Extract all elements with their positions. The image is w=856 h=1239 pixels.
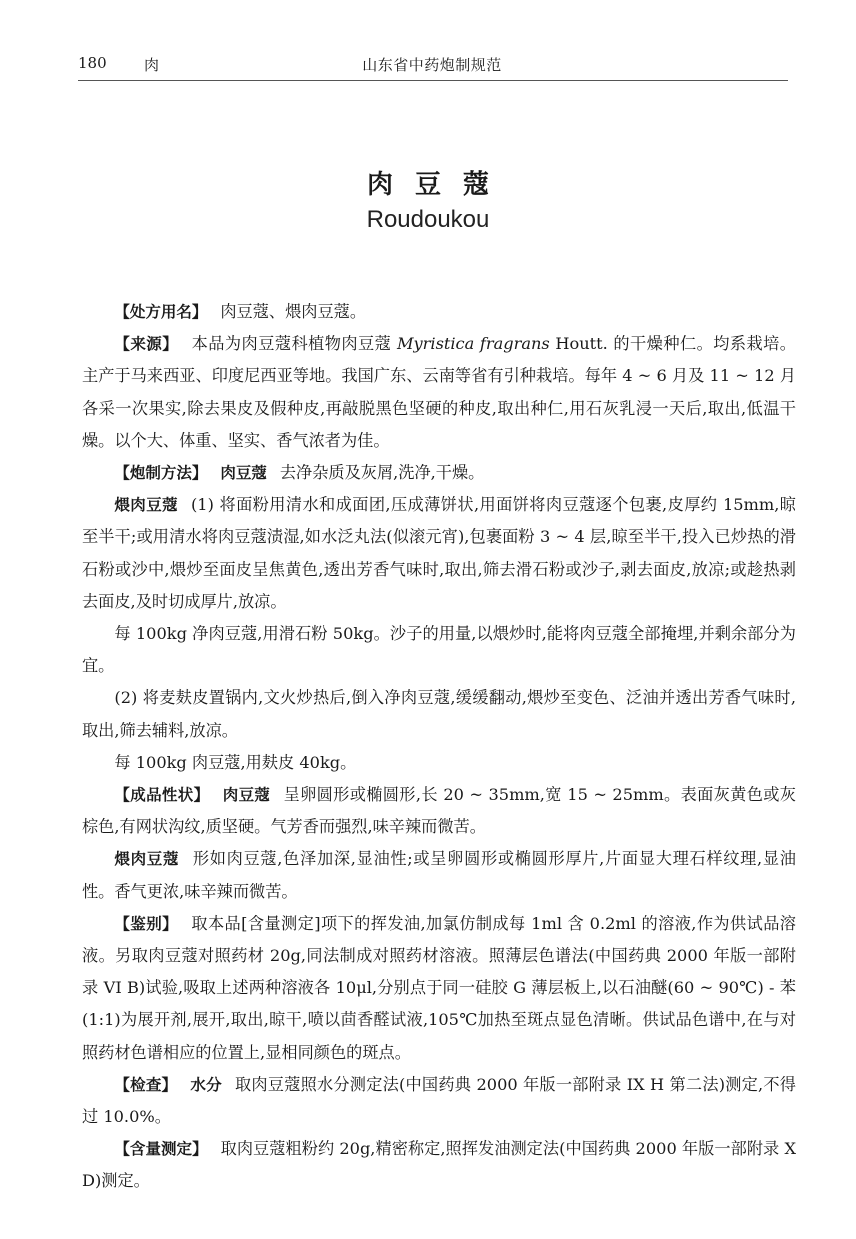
assay-paragraph: 【含量测定】取肉豆蔻粗粉约 20g,精密称定,照挥发油测定法(中国药典 2000… [82,1133,796,1197]
entry-pinyin: Roudoukou [0,206,856,234]
item-name: 煨肉豆蔻 [114,850,179,868]
prescription-names-paragraph: 【处方用名】肉豆蔻、煨肉豆蔻。 [82,296,796,328]
section-heading: 【来源】 [114,335,178,353]
section-heading: 【鉴别】 [114,915,178,933]
item-name: 肉豆蔻 [220,464,267,482]
section-text: (1) 将面粉用清水和成面团,压成薄饼状,用面饼将肉豆蔻逐个包裹,皮厚约 15m… [82,495,796,611]
section-heading: 【炮制方法】 [114,464,207,482]
identification-paragraph: 【鉴别】取本品[含量测定]项下的挥发油,加氯仿制成每 1ml 含 0.2ml 的… [82,908,796,1069]
source-paragraph: 【来源】本品为肉豆蔻科植物肉豆蔻 Myristica fragrans Hout… [82,328,796,457]
roasted-processing-paragraph: 煨肉豆蔻(1) 将面粉用清水和成面团,压成薄饼状,用面饼将肉豆蔻逐个包裹,皮厚约… [82,489,796,618]
item-name: 煨肉豆蔻 [114,496,178,514]
processing-note-1: 每 100kg 净肉豆蔻,用滑石粉 50kg。沙子的用量,以煨炒时,能将肉豆蔻全… [82,618,796,682]
header-rule [78,80,788,81]
section-text: 肉豆蔻、煨肉豆蔻。 [220,302,366,321]
latin-name: Myristica fragrans [397,334,550,353]
section-text: 本品为肉豆蔻科植物肉豆蔻 [191,334,397,353]
entry-body: 【处方用名】肉豆蔻、煨肉豆蔻。 【来源】本品为肉豆蔻科植物肉豆蔻 Myristi… [82,296,796,1198]
section-heading: 【成品性状】 [114,786,209,804]
entry-title: 肉豆蔻 [0,164,856,201]
page-header: 180 肉 山东省中药炮制规范 [78,52,786,78]
inspection-paragraph: 【检查】水分取肉豆蔻照水分测定法(中国药典 2000 年版一部附录 IX H 第… [82,1069,796,1133]
item-name: 肉豆蔻 [222,786,270,804]
section-text: 形如肉豆蔻,色泽加深,显油性;或呈卵圆形或椭圆形厚片,片面显大理石样纹理,显油性… [82,849,796,900]
section-heading: 【处方用名】 [114,303,207,321]
processing-method-2: (2) 将麦麸皮置锅内,文火炒热后,倒入净肉豆蔻,缓缓翻动,煨炒至变色、泛油并透… [82,682,796,746]
item-name: 水分 [190,1076,222,1094]
properties-paragraph: 【成品性状】肉豆蔻呈卵圆形或椭圆形,长 20 ~ 35mm,宽 15 ~ 25m… [82,779,796,843]
roasted-properties-paragraph: 煨肉豆蔻形如肉豆蔻,色泽加深,显油性;或呈卵圆形或椭圆形厚片,片面显大理石样纹理… [82,843,796,907]
running-title: 山东省中药炮制规范 [78,54,786,75]
section-text: 取本品[含量测定]项下的挥发油,加氯仿制成每 1ml 含 0.2ml 的溶液,作… [82,914,796,1062]
section-heading: 【检查】 [114,1076,177,1094]
section-heading: 【含量测定】 [114,1140,207,1158]
section-text: 去净杂质及灰屑,洗净,干燥。 [280,463,485,482]
processing-paragraph: 【炮制方法】肉豆蔻去净杂质及灰屑,洗净,干燥。 [82,457,796,489]
processing-note-2: 每 100kg 肉豆蔻,用麸皮 40kg。 [82,747,796,779]
